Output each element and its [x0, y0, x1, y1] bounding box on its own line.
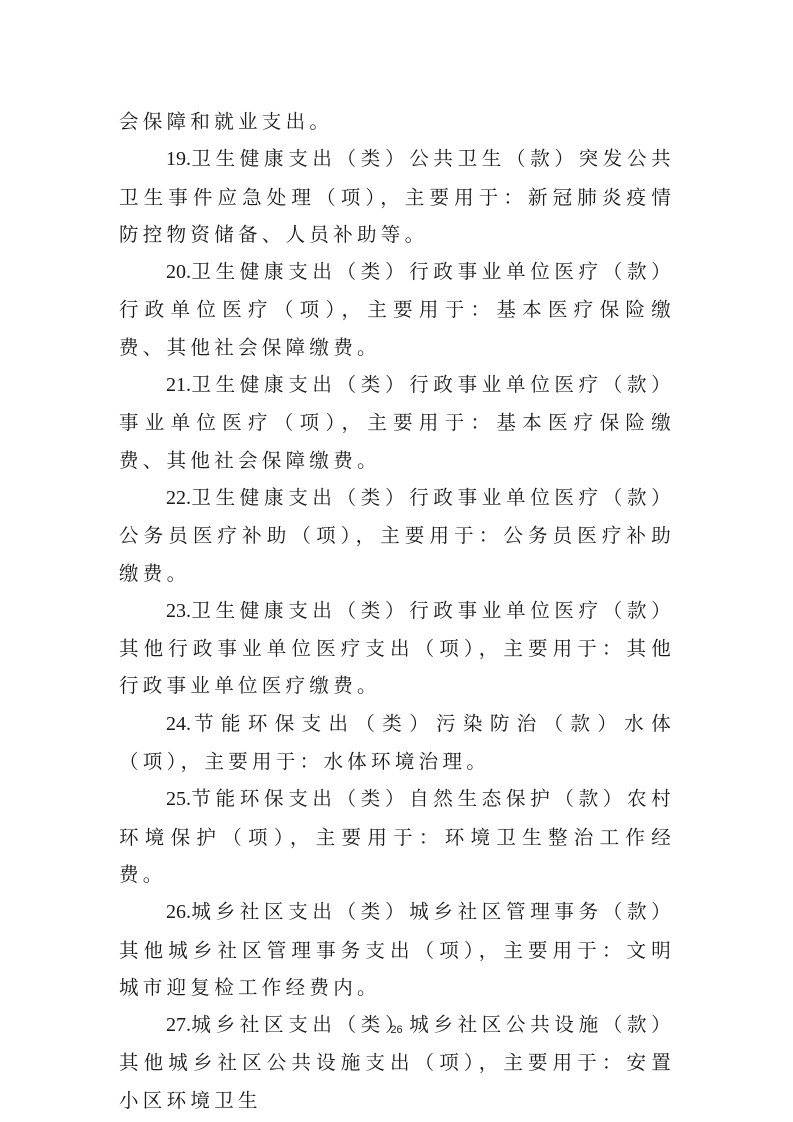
item-number: 21.	[166, 374, 191, 396]
document-page: 会保障和就业支出。 19.卫生健康支出（类）公共卫生（款）突发公共卫生事件应急处…	[119, 103, 675, 1119]
paragraph-item-26: 26.城乡社区支出（类）城乡社区管理事务（款）其他城乡社区管理事务支出（项），主…	[119, 893, 675, 1006]
item-number: 24.	[166, 713, 191, 735]
paragraph-item-25: 25.节能环保支出（类）自然生态保护（款）农村环境保护（项），主要用于：环境卫生…	[119, 780, 675, 893]
paragraph-text: 节能环保支出（类）自然生态保护（款）农村环境保护（项），主要用于：环境卫生整治工…	[119, 787, 675, 886]
paragraph-text: 节能环保支出（类）污染防治（款）水体（项），主要用于：水体环境治理。	[119, 712, 675, 773]
paragraph-text: 城乡社区支出（类）城乡社区管理事务（款）其他城乡社区管理事务支出（项），主要用于…	[119, 900, 675, 999]
item-number: 20.	[166, 261, 191, 283]
paragraph-item-24: 24.节能环保支出（类）污染防治（款）水体（项），主要用于：水体环境治理。	[119, 705, 675, 781]
paragraph-item-21: 21.卫生健康支出（类）行政事业单位医疗（款）事业单位医疗（项），主要用于：基本…	[119, 366, 675, 479]
item-number: 22.	[166, 487, 191, 509]
paragraph-item-19: 19.卫生健康支出（类）公共卫生（款）突发公共卫生事件应急处理（项），主要用于：…	[119, 140, 675, 253]
paragraph-text: 卫生健康支出（类）行政事业单位医疗（款）行政单位医疗（项），主要用于：基本医疗保…	[119, 260, 675, 359]
page-number: 26	[0, 1024, 793, 1036]
paragraph-text: 卫生健康支出（类）行政事业单位医疗（款）事业单位医疗（项），主要用于：基本医疗保…	[119, 373, 675, 472]
paragraph-item-22: 22.卫生健康支出（类）行政事业单位医疗（款）公务员医疗补助（项），主要用于：公…	[119, 479, 675, 592]
item-number: 19.	[166, 148, 191, 170]
paragraph-text: 卫生健康支出（类）行政事业单位医疗（款）其他行政事业单位医疗支出（项），主要用于…	[119, 599, 675, 698]
item-number: 25.	[166, 788, 191, 810]
paragraph-item-20: 20.卫生健康支出（类）行政事业单位医疗（款）行政单位医疗（项），主要用于：基本…	[119, 253, 675, 366]
paragraph-text: 卫生健康支出（类）行政事业单位医疗（款）公务员医疗补助（项），主要用于：公务员医…	[119, 486, 675, 585]
item-number: 23.	[166, 600, 191, 622]
paragraph-text: 会保障和就业支出。	[119, 110, 333, 133]
paragraph-text: 卫生健康支出（类）公共卫生（款）突发公共卫生事件应急处理（项），主要用于：新冠肺…	[119, 147, 675, 246]
item-number: 26.	[166, 901, 191, 923]
paragraph-continuation: 会保障和就业支出。	[119, 103, 675, 140]
paragraph-item-23: 23.卫生健康支出（类）行政事业单位医疗（款）其他行政事业单位医疗支出（项），主…	[119, 592, 675, 705]
